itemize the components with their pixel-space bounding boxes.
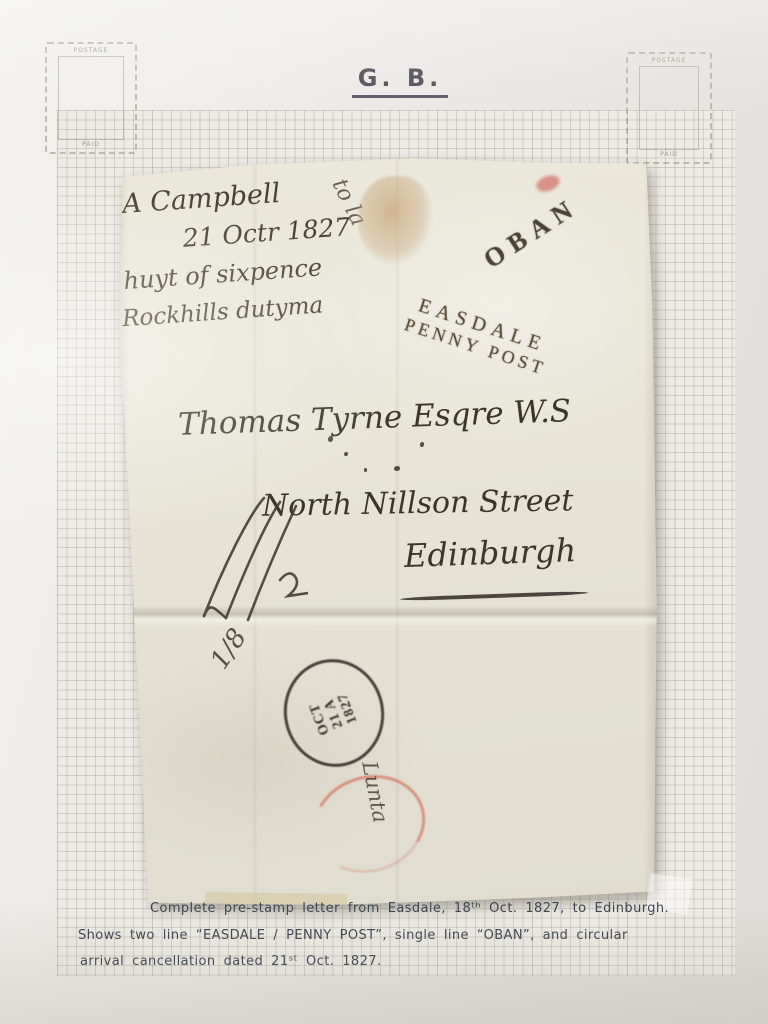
easdale-penny-post-postmark: EASDALE PENNY POST (363, 280, 595, 393)
address-line-city: Edinburgh (403, 531, 576, 575)
manuscript-docket: A Campbell 21 Octr 1827 huyt of sixpence… (121, 170, 357, 337)
ink-splatter (364, 468, 367, 472)
letter: A Campbell 21 Octr 1827 huyt of sixpence… (112, 156, 660, 908)
paper-stain (358, 176, 432, 264)
stamp-guide-postage-label: POSTAGE (74, 47, 109, 55)
red-ink-smudge (534, 172, 562, 194)
stamp-guide-top-left: POSTAGE PAID (45, 42, 137, 154)
stamp-guide-paid-label: PAID (82, 141, 100, 149)
stamp-guide-paid-label: PAID (660, 151, 678, 159)
page-title: G. B. (348, 64, 452, 98)
ink-splatter (420, 442, 424, 447)
stamp-guide-inner-frame (639, 66, 699, 150)
address-line-street: North Nillson Street (262, 483, 574, 523)
caption-line-1: Complete pre-stamp letter from Easdale, … (150, 901, 669, 916)
manuscript-rate-1-8: 1/8 (205, 623, 253, 674)
ink-splatter (344, 452, 348, 456)
circular-datestamp: OCT 21 A 1827 (274, 650, 394, 776)
oban-straight-line-postmark: OBAN (478, 191, 584, 275)
stamp-guide-top-right: POSTAGE PAID (626, 52, 712, 164)
stamp-guide-postage-label: POSTAGE (652, 57, 687, 65)
manuscript-rate-mark (196, 492, 308, 624)
letter-paper: A Campbell 21 Octr 1827 huyt of sixpence… (112, 156, 660, 908)
caption-line-2: Shows two line “EASDALE / PENNY POST”, s… (78, 928, 628, 943)
ink-splatter (394, 466, 400, 471)
address-underline-flourish (400, 591, 588, 602)
stamp-guide-inner-frame (58, 56, 124, 140)
page-title-text: G. B. (352, 64, 449, 98)
circular-datestamp-text: OCT 21 A 1827 (307, 689, 361, 736)
address-line-name: Thomas Tyrne Esqre W.S (177, 393, 571, 443)
caption-line-3: arrival cancellation dated 21ˢᵗ Oct. 182… (80, 954, 381, 969)
